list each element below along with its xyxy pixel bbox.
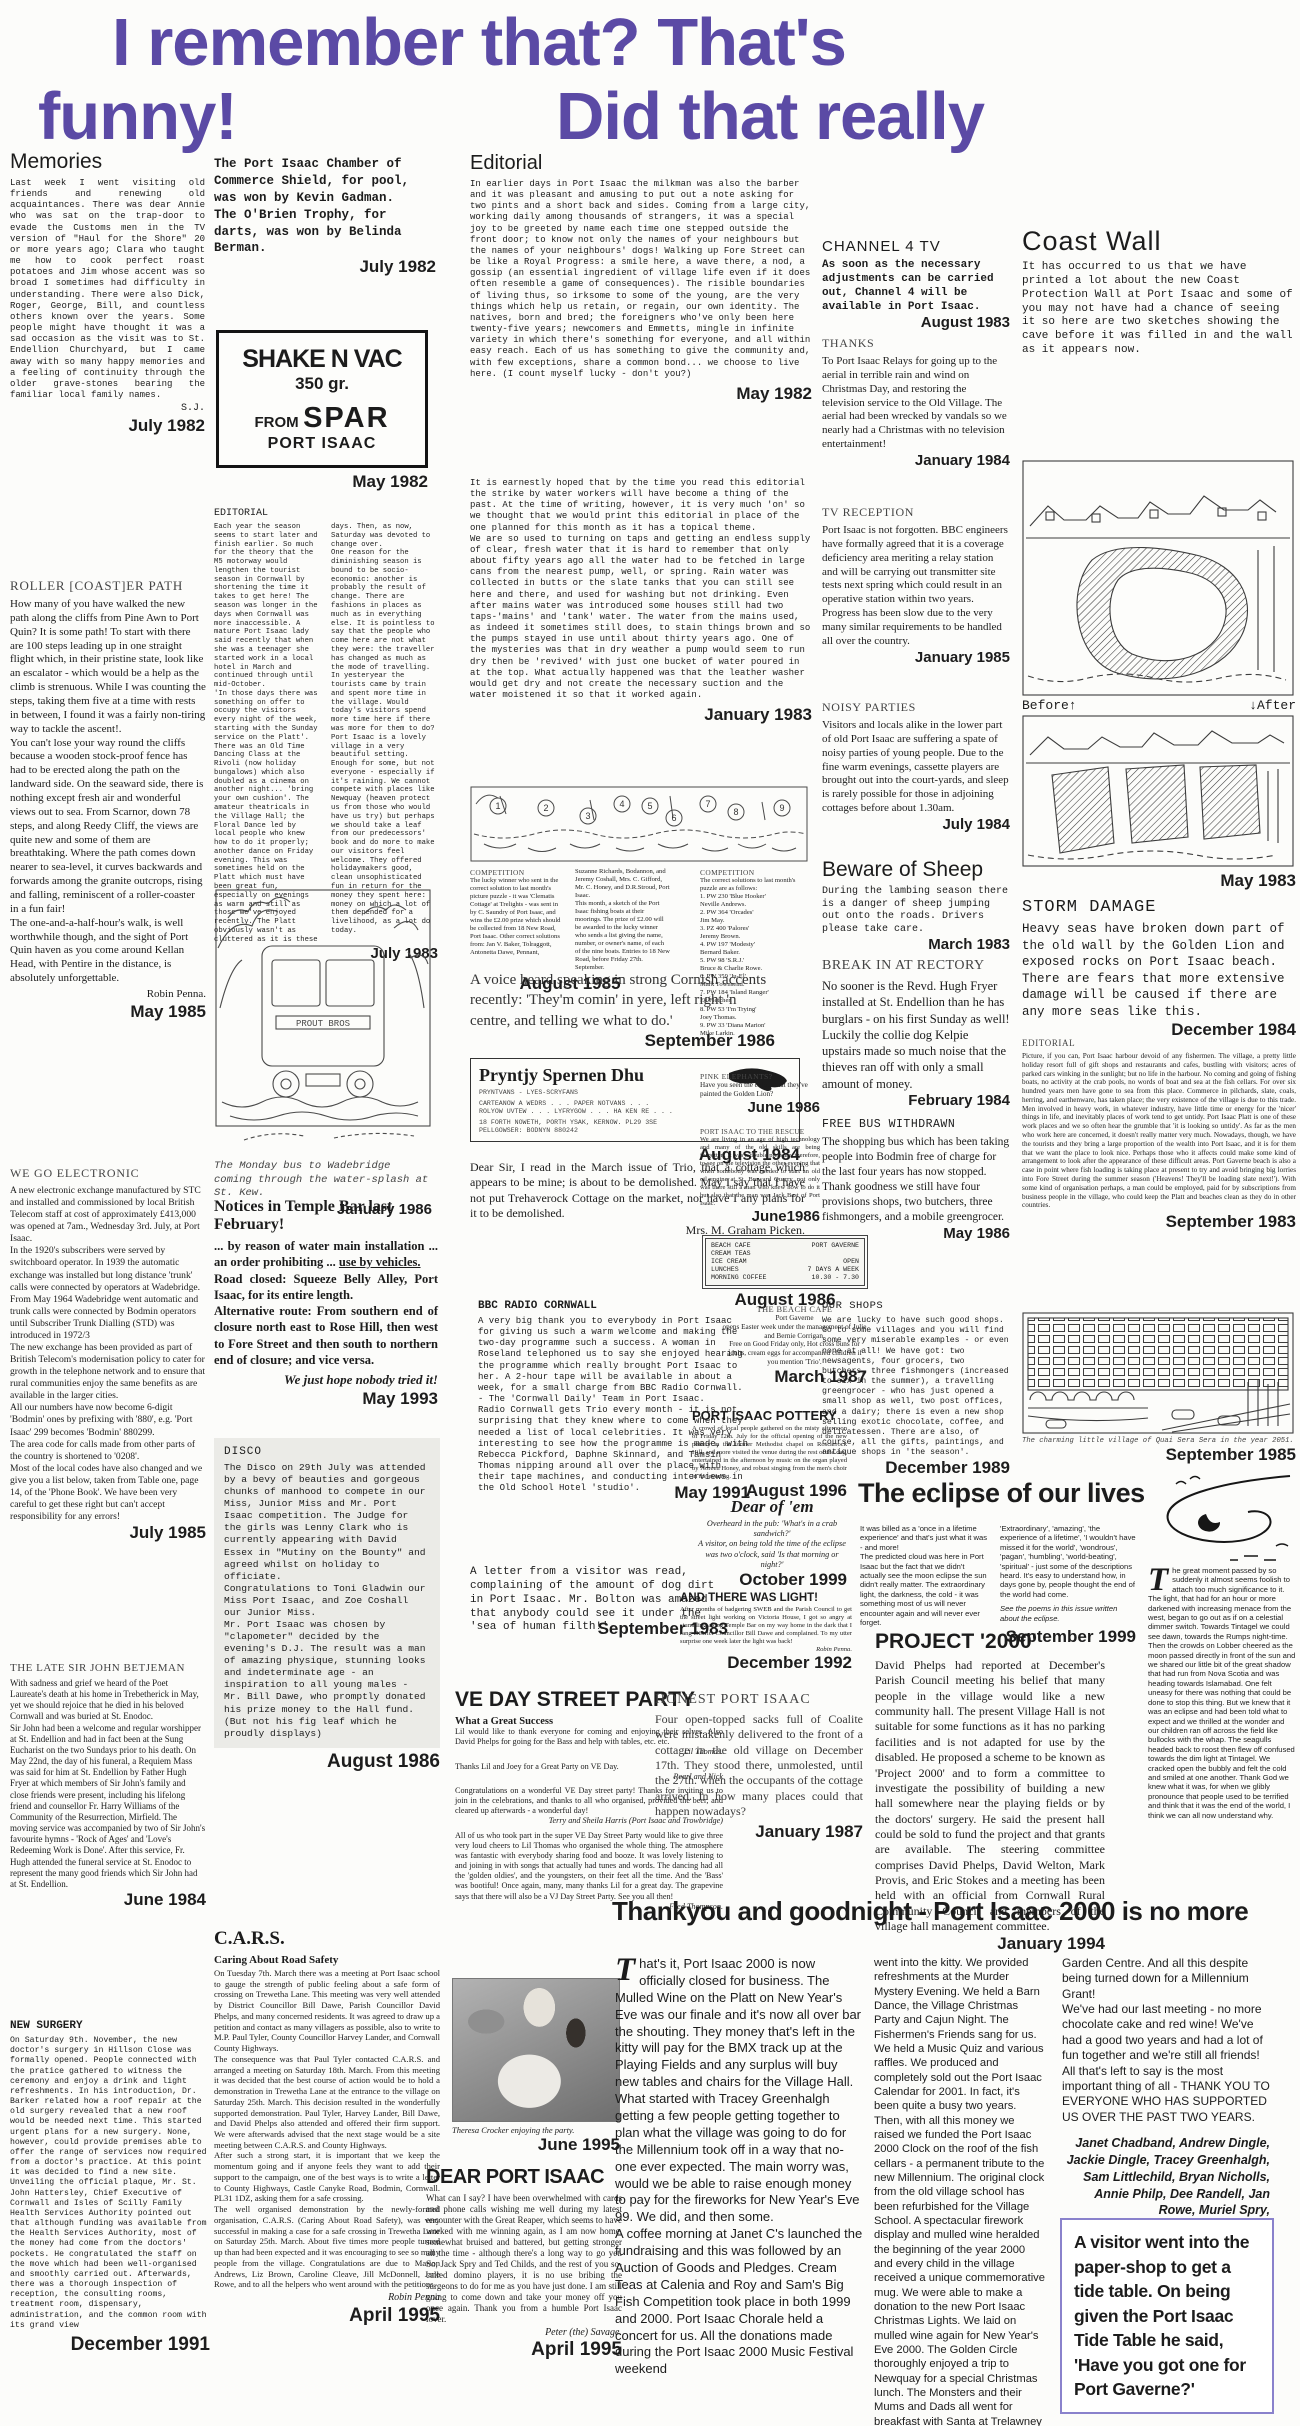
svg-text:9: 9 xyxy=(779,803,784,813)
dearofem-heading: Dear of 'em xyxy=(697,1497,847,1517)
sheep-date: March 1983 xyxy=(822,936,1010,953)
storm-body: Heavy seas have broken down part of the … xyxy=(1022,921,1296,1020)
clipping-tide-table-joke: A visitor went into the paper-shop to ge… xyxy=(1060,2218,1274,2414)
svg-text:2: 2 xyxy=(543,803,548,813)
clipping-port-isaac-rescue: PORT ISAAC TO THE RESCUE We are living i… xyxy=(700,1128,820,1225)
eclipse-heading: The eclipse of our lives xyxy=(858,1478,1158,1509)
clipping-coast-wall: Coast Wall It has occurred to us that we… xyxy=(1022,226,1296,358)
clipping-future-village: The charming little village of Quai Sera… xyxy=(1022,1312,1296,1465)
dearportisaac-date: April 1995 xyxy=(426,2339,622,2361)
channel4-date: August 1983 xyxy=(822,314,1010,331)
clipping-shake-n-vac-ad: SHAKE N VAC 350 gr. FROM SPAR PORT ISAAC… xyxy=(216,330,428,492)
dearportisaac-heading: DEAR PORT ISAAC xyxy=(426,2166,622,2189)
ourshops-heading: OUR SHOPS xyxy=(822,1300,1010,1312)
rescue-body: We are living in an age of high technolo… xyxy=(700,1136,820,1208)
pink-heading: PINK ELEPHANTS? xyxy=(700,1072,820,1081)
honest-body: Four open-topped sacks full of Coalite w… xyxy=(655,1712,863,1820)
clipping-channel4: CHANNEL 4 TV As soon as the necessary ad… xyxy=(822,238,1010,331)
noisy-body: Visitors and locals alike in the lower p… xyxy=(822,719,1010,816)
clipping-storm-damage: STORM DAMAGE Heavy seas have broken down… xyxy=(1022,898,1296,1040)
surgery-body: On Saturday 9th. November, the new docto… xyxy=(10,2036,210,2331)
svg-text:8: 8 xyxy=(733,807,738,817)
clipping-thankyou-col-b: went into the kitty. We provided refresh… xyxy=(874,1956,1046,2426)
shake-date: May 1982 xyxy=(216,472,428,492)
sheep-body: During the lambing season there is a dan… xyxy=(822,886,1010,936)
light-heading: AND THERE WAS LIGHT! xyxy=(680,1592,852,1604)
tidebox-body: A visitor went into the paper-shop to ge… xyxy=(1074,2232,1249,2399)
clipping-boats-competition: 1 2 3 4 5 6 7 8 9 xyxy=(470,786,808,862)
menu-r4-left: LUNCHES xyxy=(711,1266,739,1274)
menu-r3-right: OPEN xyxy=(843,1258,859,1266)
voice-body: A voice heard speaking in strong Cornish… xyxy=(470,970,775,1031)
coastwall-date: May 1983 xyxy=(1022,871,1296,891)
chamber-body: The Port Isaac Chamber of Commerce Shiel… xyxy=(214,156,436,257)
cars-heading: C.A.R.S. xyxy=(214,1928,440,1950)
shake-line5: PORT ISAAC xyxy=(223,435,421,453)
water-date: January 1983 xyxy=(470,705,812,725)
disco-heading: DISCO xyxy=(224,1446,430,1458)
after-label: ↓After xyxy=(1249,698,1296,713)
clipping-thankyou-col-a: That's it, Port Isaac 2000 is now offici… xyxy=(615,1956,863,2378)
disco-body: The Disco on 29th July was attended by a… xyxy=(224,1462,430,1740)
notices-date: May 1993 xyxy=(214,1389,438,1409)
noisy-heading: NOISY PARTIES xyxy=(822,700,1010,715)
clipping-thankyou-col-c: Garden Centre. And all this despite bein… xyxy=(1062,1956,1270,2260)
menu-r5-right: 10.30 - 7.30 xyxy=(812,1274,859,1282)
future-date: September 1985 xyxy=(1022,1445,1296,1465)
svg-text:4: 4 xyxy=(619,799,624,809)
clipping-chamber-shield: The Port Isaac Chamber of Commerce Shiel… xyxy=(214,156,436,277)
clipping-cornish-voice: A voice heard speaking in strong Cornish… xyxy=(470,970,775,1051)
roller-date: May 1985 xyxy=(10,1002,206,1022)
clipping-cars: C.A.R.S. Caring About Road Safety On Tue… xyxy=(214,1928,440,2327)
light-body: After months of badgering SWEB and the P… xyxy=(680,1606,852,1646)
tvreception-date: January 1985 xyxy=(822,649,1010,666)
eclipse-c1: It was billed as a 'once in a lifetime e… xyxy=(860,1524,990,1627)
menu-r1-right: PORT GAVERNE xyxy=(812,1242,859,1250)
svg-text:6: 6 xyxy=(671,813,676,823)
rescue-date: June1986 xyxy=(700,1208,820,1225)
dearportisaac-byline: Peter (the) Savage. xyxy=(426,2327,622,2340)
menu-r1-left: BEACH CAFE xyxy=(711,1242,751,1250)
clipping-pink-elephants: PINK ELEPHANTS? Have you seen the colour… xyxy=(700,1072,820,1116)
editorial-main-date: May 1982 xyxy=(470,384,812,404)
clipping-roller-path: ROLLER [COAST]ER PATH How many of you ha… xyxy=(10,578,206,1022)
project2000-body: David Phelps had reported at December's … xyxy=(875,1658,1105,1934)
voice-date: September 1986 xyxy=(470,1031,775,1051)
shake-line4: SPAR xyxy=(303,402,389,434)
clipping-platt-editorial: EDITORIAL Picture, if you can, Port Isaa… xyxy=(1022,1038,1296,1232)
eclipse-sketch xyxy=(1148,1468,1296,1564)
storm-heading: STORM DAMAGE xyxy=(1022,898,1296,917)
tvreception-body: Port Isaac is not forgotten. BBC enginee… xyxy=(822,524,1010,649)
editorial-main-heading: Editorial xyxy=(470,152,812,175)
thankyou-colB: went into the kitty. We provided refresh… xyxy=(874,1956,1046,2426)
page-title-did-that-really: Did that really xyxy=(556,78,984,155)
clipping-temple-bar-notices: Notices in Temple Bar last February! ...… xyxy=(214,1198,438,1409)
clipping-and-there-was-light: AND THERE WAS LIGHT! After months of bad… xyxy=(680,1592,852,1673)
clipping-eclipse-sketch xyxy=(1148,1468,1296,1564)
betjeman-date: June 1984 xyxy=(10,1890,206,1910)
page-title-funny: funny! xyxy=(38,78,237,155)
wall-after-sketch xyxy=(1022,715,1294,867)
notices-heading: Notices in Temple Bar last February! xyxy=(214,1198,438,1234)
clipping-water-editorial: It is earnestly hoped that by the time y… xyxy=(470,478,812,725)
coastwall-heading: Coast Wall xyxy=(1022,226,1296,257)
freebus-date: May 1986 xyxy=(822,1225,1010,1242)
light-byline: Robin Penna. xyxy=(680,1646,852,1653)
menu-r2-left: CREAM TEAS xyxy=(711,1250,751,1258)
sheep-heading: Beware of Sheep xyxy=(822,858,1010,882)
clipping-eclipse-col2: 'Extraordinary', 'amazing', 'the experie… xyxy=(1000,1524,1136,1647)
editorial83-heading: EDITORIAL xyxy=(1022,1038,1296,1048)
shake-line3: FROM xyxy=(254,414,298,431)
clipping-eclipse-headline: The eclipse of our lives xyxy=(858,1478,1158,1513)
clipping-noisy-parties: NOISY PARTIES Visitors and locals alike … xyxy=(822,700,1010,833)
shake-n-vac-box: SHAKE N VAC 350 gr. FROM SPAR PORT ISAAC xyxy=(216,330,428,468)
noisy-date: July 1984 xyxy=(822,816,1010,833)
veday-date: June 1995 xyxy=(452,2135,620,2155)
eclipse-c2: 'Extraordinary', 'amazing', 'the experie… xyxy=(1000,1524,1136,1599)
thankyou-colC: Garden Centre. And all this despite bein… xyxy=(1062,1956,1270,2125)
clipping-betjeman: THE LATE SIR JOHN BETJEMAN With sadness … xyxy=(10,1662,206,1910)
storm-date: December 1984 xyxy=(1022,1020,1296,1040)
clipping-ve-day-photo: Theresa Crocker enjoying the party. June… xyxy=(452,1978,620,2155)
clipping-free-bus: FREE BUS WITHDRAWN The shopping bus whic… xyxy=(822,1118,1010,1242)
menu-r5-left: MORNING COFFEE xyxy=(711,1274,766,1282)
notices-body-2: Road closed: Squeeze Belly Alley, Port I… xyxy=(214,1272,438,1367)
roller-body: How many of you have walked the new path… xyxy=(10,598,206,986)
betjeman-body: With sadness and grief we heard of the P… xyxy=(10,1678,206,1890)
bus-sketch: PROUT BROS xyxy=(214,888,432,1156)
cars-byline: Robin Penna xyxy=(214,2292,440,2305)
disco-date: August 1986 xyxy=(214,1751,440,1773)
channel4-heading: CHANNEL 4 TV xyxy=(822,238,1010,255)
clipping-honest-port-isaac: HONEST PORT ISAAC Four open-topped sacks… xyxy=(655,1692,863,1842)
rectory-heading: BREAK IN AT RECTORY xyxy=(822,958,1010,974)
dearsir-byline: Mrs. M. Graham Picken. xyxy=(470,1223,805,1238)
thankyou-colA: That's it, Port Isaac 2000 is now offici… xyxy=(615,1956,863,2378)
thanks-body: To Port Isaac Relays for going up to the… xyxy=(822,355,1010,452)
ourshops-body: We are lucky to have such good shops. Go… xyxy=(822,1316,1010,1458)
competition-left-heading: COMPETITION xyxy=(470,868,565,877)
freebus-heading: FREE BUS WITHDRAWN xyxy=(822,1118,1010,1131)
pryntjy-line4: 18 FORTH NOWETH, PORTH YSAK, KERNOW. PL2… xyxy=(479,1119,791,1127)
clipping-we-go-electronic: WE GO ELECTRONIC A new electronic exchan… xyxy=(10,1166,206,1543)
clipping-disco: DISCO The Disco on 29th July was attende… xyxy=(214,1438,440,1773)
editorial82-heading: EDITORIAL xyxy=(214,508,438,519)
chamber-date: July 1982 xyxy=(214,257,436,277)
svg-text:5: 5 xyxy=(647,801,652,811)
tvreception-heading: TV RECEPTION xyxy=(822,505,1010,520)
svg-text:3: 3 xyxy=(585,811,590,821)
before-label: Before↑ xyxy=(1022,698,1077,713)
honest-date: January 1987 xyxy=(655,1822,863,1842)
notices-body-underlined: use by vehicles. xyxy=(339,1255,421,1269)
project2000-date: January 1994 xyxy=(875,1934,1105,1954)
clipping-eclipse-col3: The great moment passed by so suddenly i… xyxy=(1148,1566,1296,1820)
eclipse-c3: The great moment passed by so suddenly i… xyxy=(1148,1566,1296,1820)
clipping-new-surgery: NEW SURGERY On Saturday 9th. November, t… xyxy=(10,2020,210,2356)
clipping-monday-bus: PROUT BROS The Monday bus to Wadebridge … xyxy=(214,888,432,1218)
clipping-eclipse-col1: It was billed as a 'once in a lifetime e… xyxy=(860,1524,990,1627)
page-title-line1: I remember that? That's xyxy=(112,4,846,81)
dearofem-date: October 1999 xyxy=(697,1570,847,1590)
bus-caption: The Monday bus to Wadebridge coming thro… xyxy=(214,1160,432,1201)
thanks-date: January 1984 xyxy=(822,452,1010,469)
clipping-dear-of-em: Dear of 'em Overheard in the pub: 'What'… xyxy=(697,1497,847,1590)
clipping-memories: Memories Last week I went visiting old f… xyxy=(10,150,205,436)
svg-text:7: 7 xyxy=(705,799,710,809)
clipping-coast-wall-sketches: Before↑ ↓After May 1983 xyxy=(1022,460,1296,891)
cave-before-sketch xyxy=(1022,460,1294,696)
memories-byline: S.J. xyxy=(10,403,205,416)
memories-heading: Memories xyxy=(10,150,205,174)
editorial-main-body: In earlier days in Port Isaac the milkma… xyxy=(470,179,812,380)
cars-subheading: Caring About Road Safety xyxy=(214,1954,440,1966)
editorial83-date: September 1983 xyxy=(1022,1212,1296,1232)
tide-table-box: A visitor went into the paper-shop to ge… xyxy=(1060,2218,1274,2414)
roller-heading: ROLLER [COAST]ER PATH xyxy=(10,578,206,594)
honest-heading: HONEST PORT ISAAC xyxy=(655,1692,863,1708)
freebus-body: The shopping bus which has been taking p… xyxy=(822,1135,1010,1225)
clipping-editorial-1982: Editorial In earlier days in Port Isaac … xyxy=(470,152,812,404)
rectory-date: February 1984 xyxy=(822,1092,1010,1109)
editorial83-body: Picture, if you can, Port Isaac harbour … xyxy=(1022,1052,1296,1210)
eclipse-c2-note: See the poems in this issue written abou… xyxy=(1000,1604,1136,1623)
thanks-heading: THANKS xyxy=(822,336,1010,351)
menu-r4-right: 7 DAYS A WEEK xyxy=(808,1266,859,1274)
veday-photo-caption: Theresa Crocker enjoying the party. xyxy=(452,2125,620,2135)
pink-date: June 1986 xyxy=(700,1099,820,1116)
electronic-heading: WE GO ELECTRONIC xyxy=(10,1166,206,1181)
menu-r3-left: ICE CREAM xyxy=(711,1258,747,1266)
clipping-beware-of-sheep: Beware of Sheep During the lambing seaso… xyxy=(822,858,1010,953)
project2000-heading: PROJECT '2000' xyxy=(875,1630,1105,1654)
channel4-body: As soon as the necessary adjustments can… xyxy=(822,259,1010,314)
competition-right-intro: The correct solutions to last month's pu… xyxy=(700,877,810,893)
competition-left-body: The lucky winner who sent in the correct… xyxy=(470,877,565,957)
electronic-body: A new electronic exchange manufactured b… xyxy=(10,1185,206,1523)
clipping-dear-port-isaac: DEAR PORT ISAAC What can I say? I have b… xyxy=(426,2166,622,2361)
rectory-body: No sooner is the Revd. Hugh Fryer instal… xyxy=(822,978,1010,1092)
future-caption: The charming little village of Quai Sera… xyxy=(1022,1437,1296,1445)
light-date: December 1992 xyxy=(680,1653,852,1673)
surgery-date: December 1991 xyxy=(10,2334,210,2356)
svg-text:PROUT BROS: PROUT BROS xyxy=(296,1019,350,1029)
clipping-thanks: THANKS To Port Isaac Relays for going up… xyxy=(822,336,1010,469)
memories-body: Last week I went visiting old friends an… xyxy=(10,178,205,401)
shake-line1: SHAKE N VAC xyxy=(223,345,421,374)
ourshops-date: December 1989 xyxy=(822,1458,1010,1478)
future-village-sketch xyxy=(1022,1312,1294,1434)
clipping-tv-reception: TV RECEPTION Port Isaac is not forgotten… xyxy=(822,505,1010,666)
roller-byline: Robin Penna. xyxy=(10,988,206,1002)
cars-body: On Tuesday 7th. March there was a meetin… xyxy=(214,1968,440,2290)
water-body: It is earnestly hoped that by the time y… xyxy=(470,478,812,701)
editorial82-body: Each year the season seems to start late… xyxy=(214,523,438,945)
svg-text:1: 1 xyxy=(495,801,500,811)
veday-photo xyxy=(452,1978,620,2122)
competition-mid-body: Suzanne Richards, Bodannon, and Jeremy C… xyxy=(575,868,670,972)
betjeman-heading: THE LATE SIR JOHN BETJEMAN xyxy=(10,1662,206,1674)
dearportisaac-body: What can I say? I have been overwhelmed … xyxy=(426,2193,622,2325)
rescue-heading: PORT ISAAC TO THE RESCUE xyxy=(700,1128,820,1136)
pink-body: Have you seen the colour that they've pa… xyxy=(700,1081,820,1099)
shake-line2: 350 gr. xyxy=(223,374,421,394)
electronic-date: July 1985 xyxy=(10,1523,206,1543)
clipping-thankyou-headline: Thankyou and goodnight - Port Isaac 2000… xyxy=(612,1896,1300,1931)
dearofem-body: Overheard in the pub: 'What's in a crab … xyxy=(697,1519,847,1570)
clipping-break-in-rectory: BREAK IN AT RECTORY No sooner is the Rev… xyxy=(822,958,1010,1109)
surgery-heading: NEW SURGERY xyxy=(10,2020,210,2032)
fishing-boats-sketch: 1 2 3 4 5 6 7 8 9 xyxy=(470,786,808,862)
clipping-our-shops: OUR SHOPS We are lucky to have such good… xyxy=(822,1300,1010,1478)
coastwall-body: It has occurred to us that we have print… xyxy=(1022,261,1296,358)
memories-date: July 1982 xyxy=(10,416,205,436)
newsletter-retrospective-page: { "title": { "line1": "I remember that? … xyxy=(0,0,1300,2426)
cars-date: April 1995 xyxy=(214,2305,440,2327)
notices-note: We just hope nobody tried it! xyxy=(214,1372,438,1389)
competition-right-heading: COMPETITION xyxy=(700,868,810,877)
thankyou-headline: Thankyou and goodnight - Port Isaac 2000… xyxy=(612,1896,1300,1927)
